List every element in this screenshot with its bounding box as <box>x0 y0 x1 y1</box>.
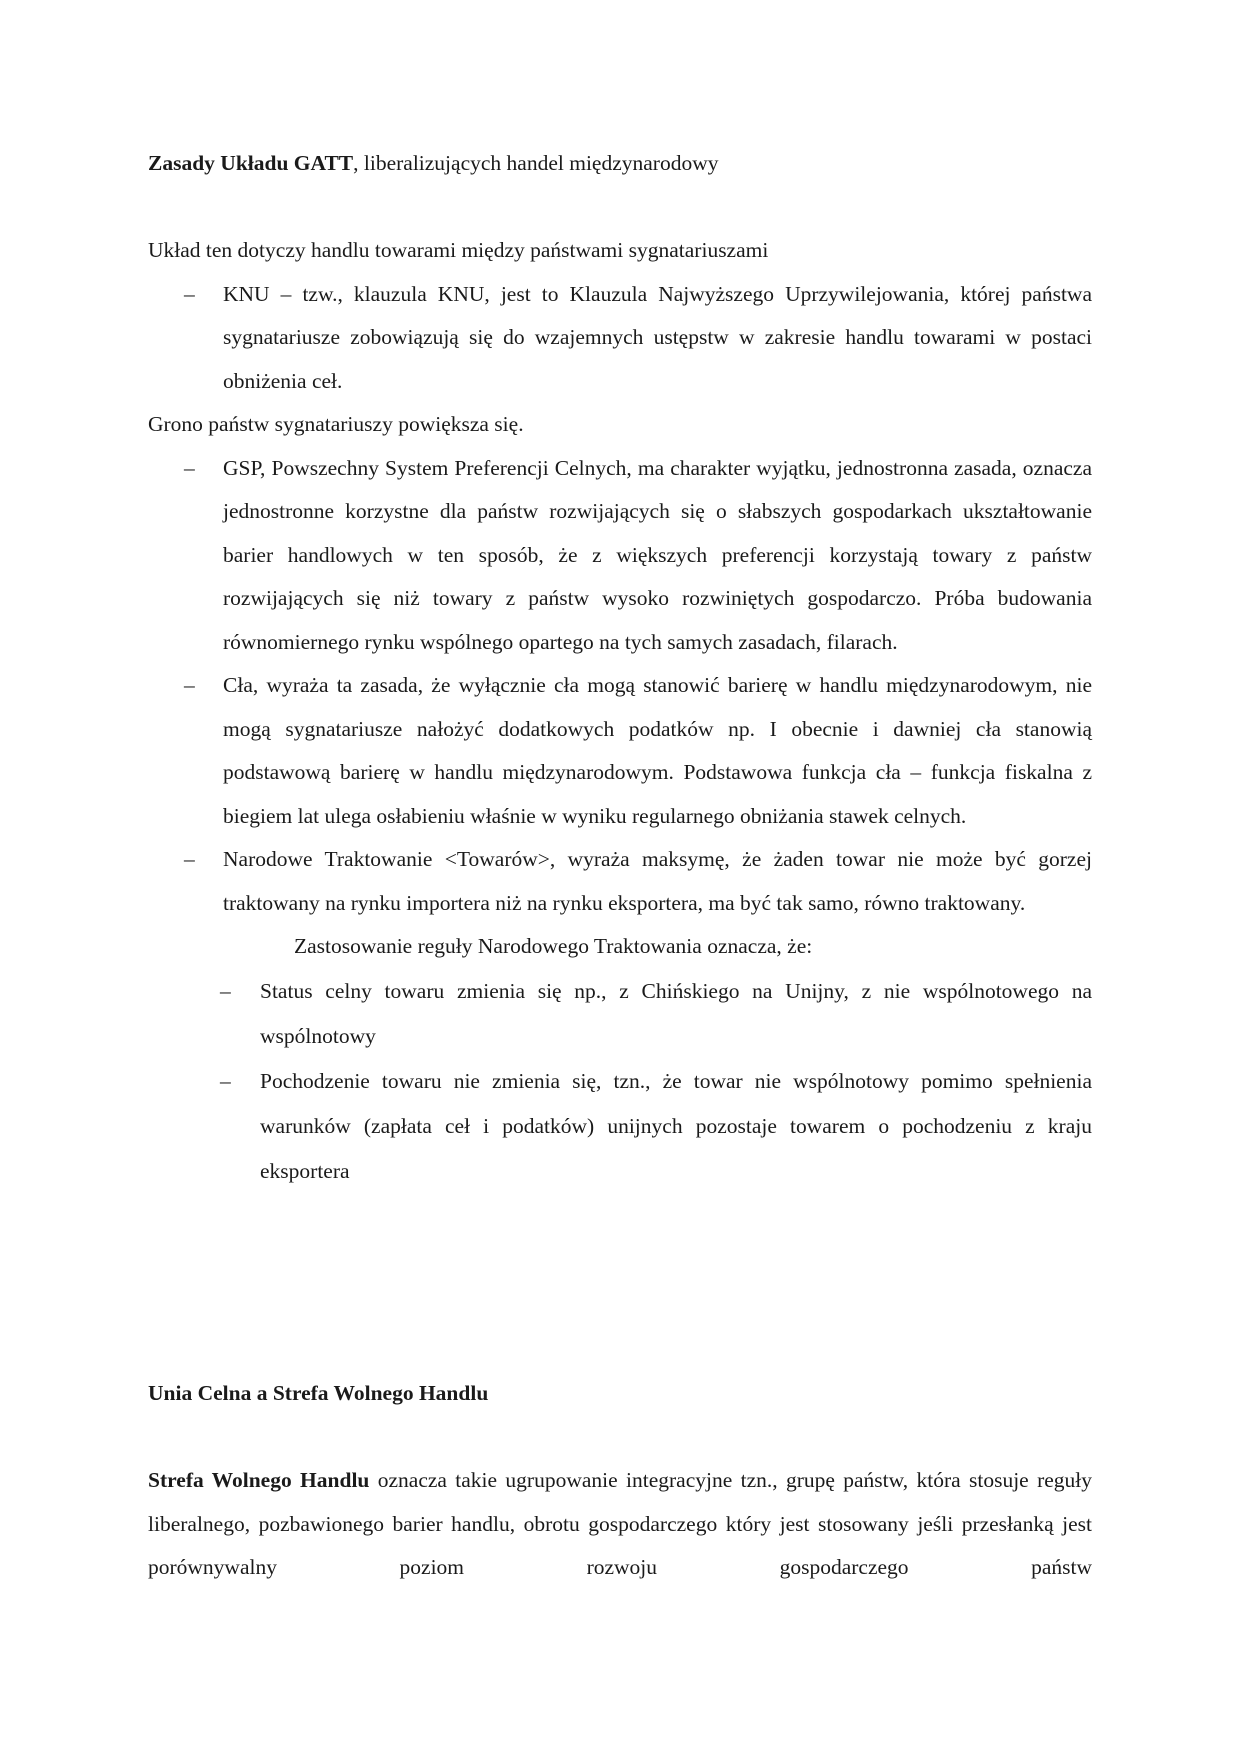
dash-bullet-icon: – <box>220 1059 231 1104</box>
title-bold: Zasady Układu GATT <box>148 151 353 175</box>
document-title: Zasady Układu GATT, liberalizujących han… <box>148 142 718 186</box>
paragraph-swh: Strefa Wolnego Handlu oznacza takie ugru… <box>148 1459 1092 1590</box>
bullet-item-narodowe-traktowanie: – Narodowe Traktowanie <Towarów>, wyraża… <box>148 838 1092 925</box>
sub-bullet-item-status: – Status celny towaru zmienia się np., z… <box>148 969 1092 1059</box>
dash-bullet-icon: – <box>184 664 195 708</box>
bullet-item-gsp: – GSP, Powszechny System Preferencji Cel… <box>148 447 1092 665</box>
bullet-text: Cła, wyraża ta zasada, że wyłącznie cła … <box>223 673 1092 828</box>
section-gatt-principles: Układ ten dotyczy handlu towarami między… <box>148 229 1092 1194</box>
dash-bullet-icon: – <box>184 447 195 491</box>
bullet-item-knu: – KNU – tzw., klauzula KNU, jest to Klau… <box>148 273 1092 404</box>
paragraph-grono: Grono państw sygnatariuszy powiększa się… <box>148 403 1092 447</box>
sub-bullet-text: Status celny towaru zmienia się np., z C… <box>260 979 1092 1048</box>
bullet-text: Narodowe Traktowanie <Towarów>, wyraża m… <box>223 847 1092 915</box>
title-rest: , liberalizujących handel międzynarodowy <box>353 151 718 175</box>
section-heading-unia-celna: Unia Celna a Strefa Wolnego Handlu <box>148 1372 488 1416</box>
bullet-item-cla: – Cła, wyraża ta zasada, że wyłącznie cł… <box>148 664 1092 838</box>
dash-bullet-icon: – <box>184 273 195 317</box>
dash-bullet-icon: – <box>184 838 195 882</box>
sub-bullet-item-pochodzenie: – Pochodzenie towaru nie zmienia się, tz… <box>148 1059 1092 1194</box>
sub-bullet-text: Pochodzenie towaru nie zmienia się, tzn.… <box>260 1069 1092 1183</box>
dash-bullet-icon: – <box>220 969 231 1014</box>
bullet-text: KNU – tzw., klauzula KNU, jest to Klauzu… <box>223 282 1092 393</box>
swh-term: Strefa Wolnego Handlu <box>148 1468 369 1492</box>
section-strefa-wolnego-handlu: Strefa Wolnego Handlu oznacza takie ugru… <box>148 1459 1092 1590</box>
bullet-text: GSP, Powszechny System Preferencji Celny… <box>223 456 1092 654</box>
intro-paragraph: Układ ten dotyczy handlu towarami między… <box>148 229 1092 273</box>
nt-intro-line: Zastosowanie reguły Narodowego Traktowan… <box>148 925 1092 969</box>
